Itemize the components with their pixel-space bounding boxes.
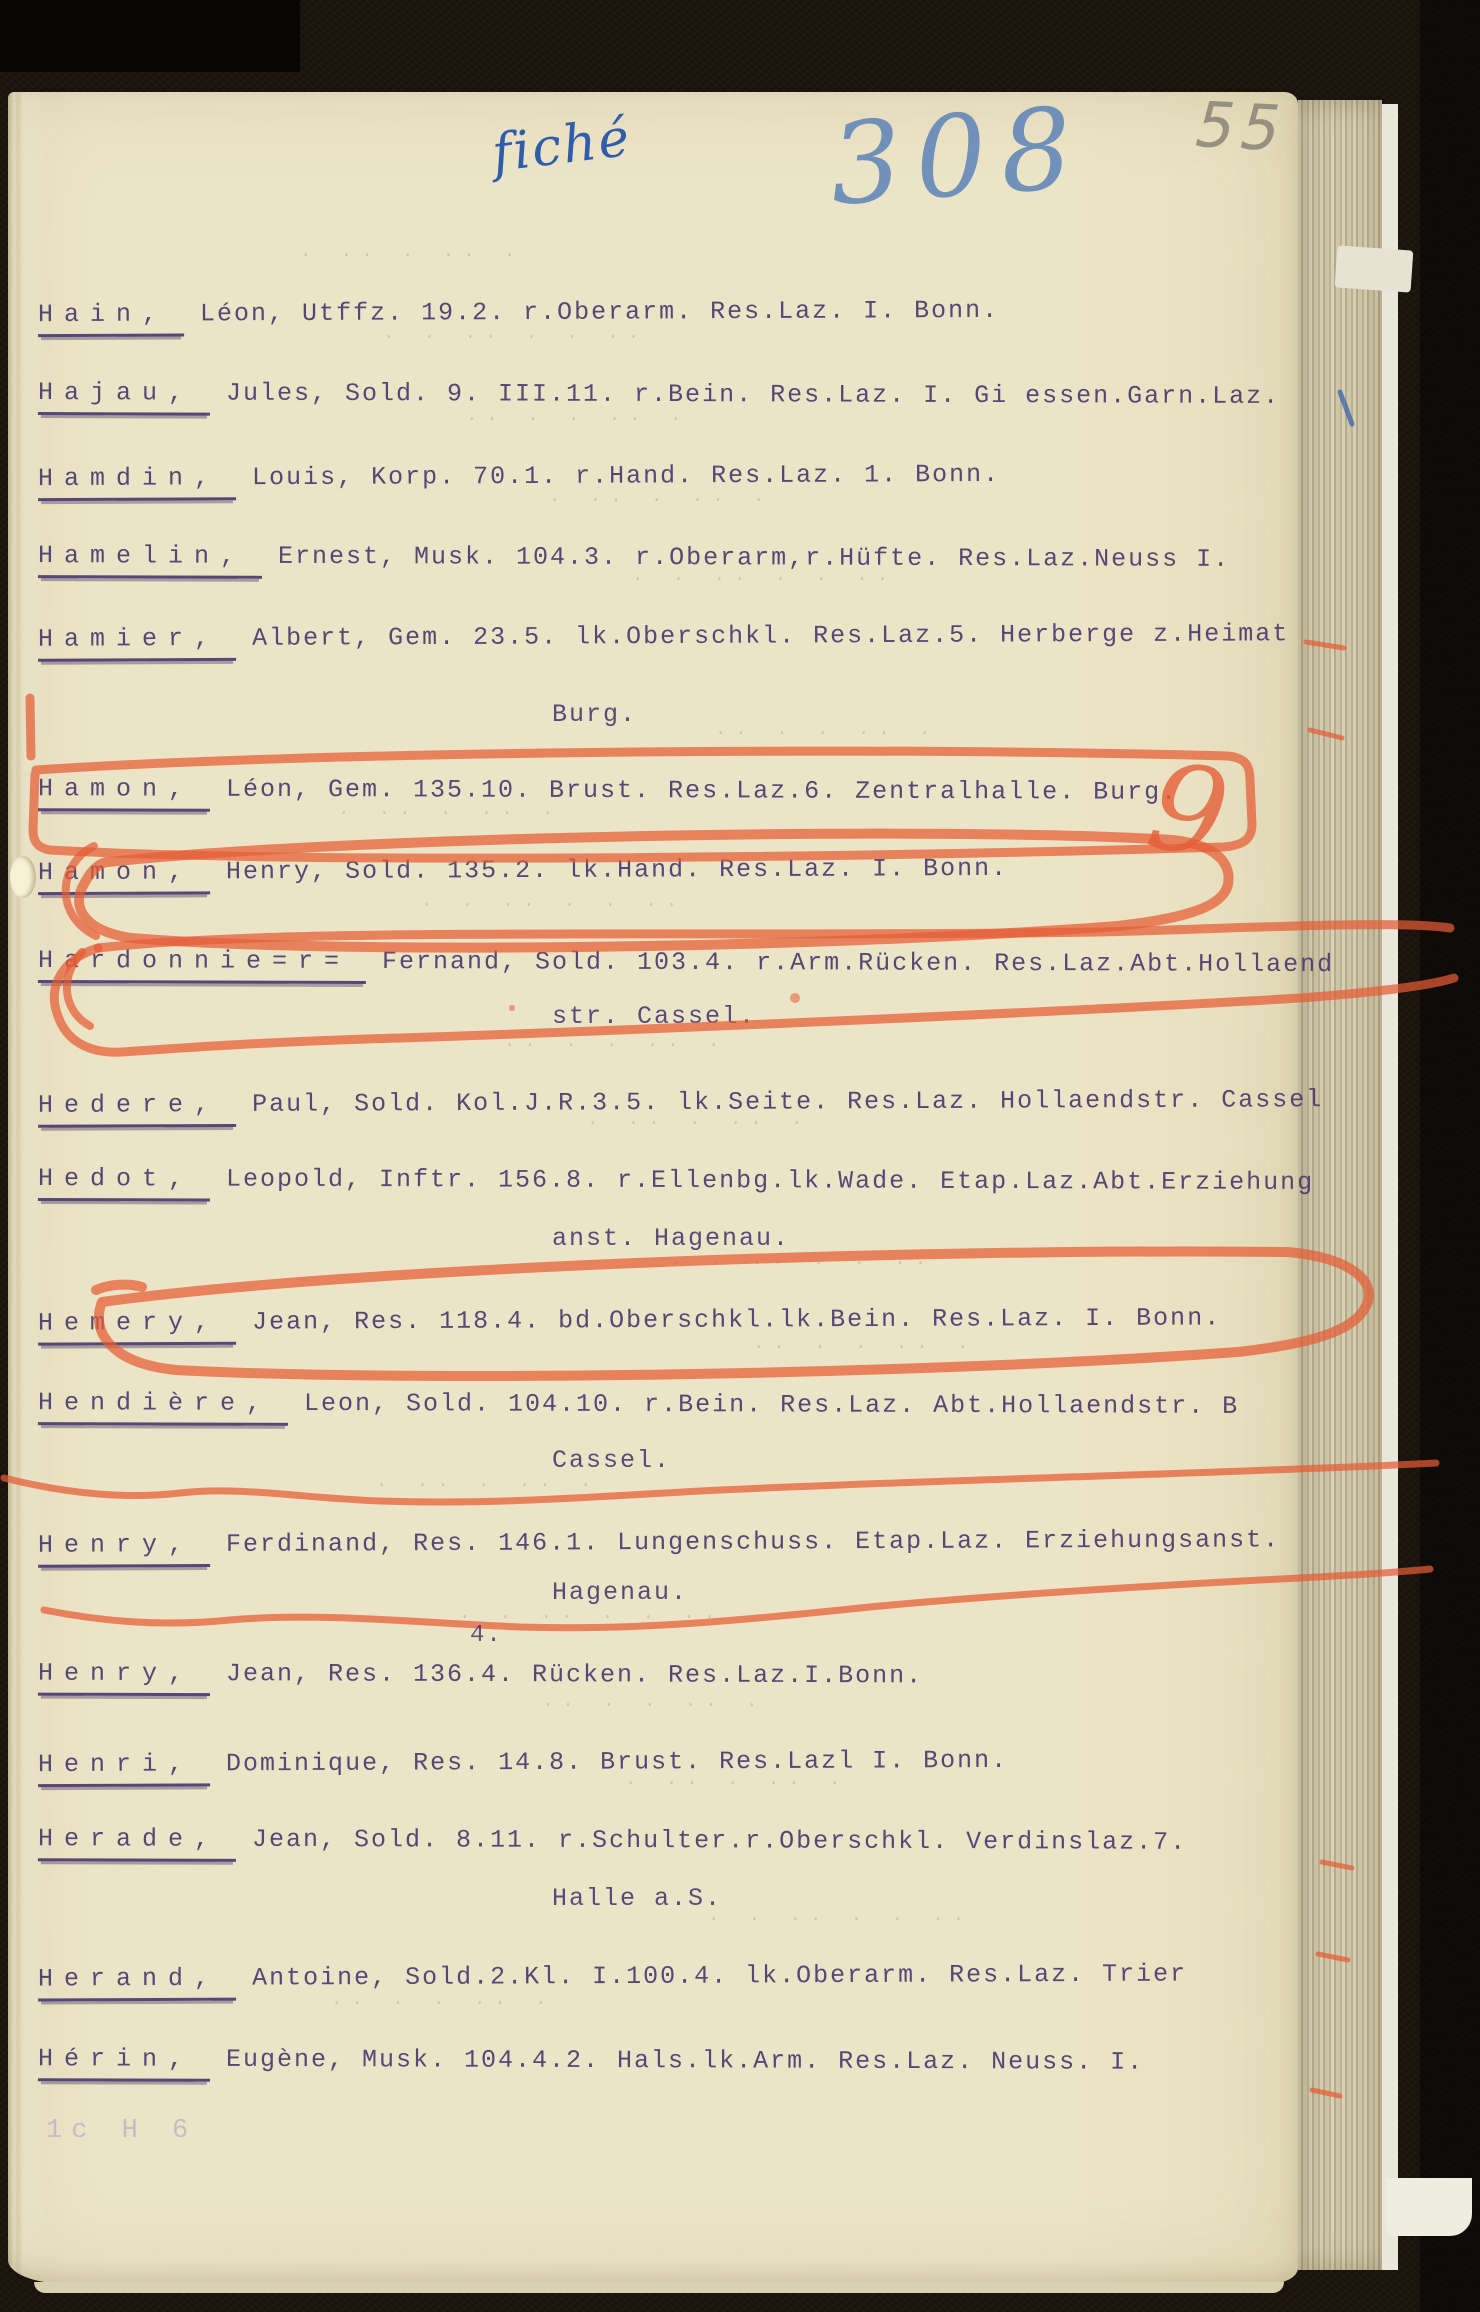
ghost-impression: ·· · · ·· · bbox=[466, 408, 690, 430]
entry-continuation: str. Cassel. bbox=[552, 1002, 756, 1031]
entry-details: Jean, Res. 118.4. bd.Oberschkl.lk.Bein. … bbox=[252, 1303, 1221, 1336]
ghost-impression: · · ·· · · ·· bbox=[632, 568, 897, 590]
entry-details: Fernand, Sold. 103.4. r.Arm.Rücken. Res.… bbox=[382, 947, 1334, 979]
register-entry: Hamon,Léon, Gem. 135.10. Brust. Res.Laz.… bbox=[38, 774, 1178, 807]
page-corner-sliver-bottom bbox=[1386, 2178, 1472, 2236]
entry-details: Antoine, Sold.2.Kl. I.100.4. lk.Oberarm.… bbox=[252, 1959, 1187, 1992]
register-entry: Hamier,Albert, Gem. 23.5. lk.Oberschkl. … bbox=[38, 619, 1289, 653]
register-entry: Hemery,Jean, Res. 118.4. bd.Oberschkl.lk… bbox=[38, 1303, 1221, 1337]
entry-continuation: Halle a.S. bbox=[552, 1884, 722, 1913]
entry-details: Leopold, Inftr. 156.8. r.Ellenbg.lk.Wade… bbox=[226, 1165, 1314, 1197]
entry-continuation: Cassel. bbox=[552, 1446, 671, 1475]
register-entry: Hamon,Henry, Sold. 135.2. lk.Hand. Res.L… bbox=[38, 854, 1008, 887]
entry-surname: Henri, bbox=[38, 1749, 210, 1787]
entry-surname: Hedot, bbox=[38, 1164, 210, 1202]
entry-details: Léon, Utffz. 19.2. r.Oberarm. Res.Laz. I… bbox=[200, 296, 999, 328]
entry-surname: Herand, bbox=[38, 1964, 236, 2002]
entry-surname: Hardonnie=r= bbox=[38, 946, 366, 984]
register-entry: Hajau,Jules, Sold. 9. III.11. r.Bein. Re… bbox=[38, 378, 1280, 411]
register-entry: Henry,Jean, Res. 136.4. Rücken. Res.Laz.… bbox=[38, 1659, 923, 1691]
ghost-impression: ·· · · ·· · bbox=[331, 1992, 555, 2014]
entry-surname: Hamon, bbox=[38, 774, 210, 812]
ghost-impression: · ·· · ·· · bbox=[587, 1112, 811, 1134]
register-entry: Hardonnie=r=Fernand, Sold. 103.4. r.Arm.… bbox=[38, 946, 1334, 979]
entry-details: Ferdinand, Res. 146.1. Lungenschuss. Eta… bbox=[226, 1525, 1280, 1559]
ghost-impression: ·· · · ·· · bbox=[753, 1336, 977, 1358]
page-bottom-edge bbox=[34, 2282, 1284, 2293]
entry-details: Albert, Gem. 23.5. lk.Oberschkl. Res.Laz… bbox=[252, 619, 1289, 653]
register-entry: Hérin,Eugène, Musk. 104.4.2. Hals.lk.Arm… bbox=[38, 2044, 1144, 2076]
entry-details: Leon, Sold. 104.10. r.Bein. Res.Laz. Abt… bbox=[304, 1389, 1239, 1421]
typed-correction: 4. bbox=[470, 1622, 503, 1649]
entry-surname: Hedere, bbox=[38, 1090, 236, 1128]
ghost-impression: · ·· · ·· · bbox=[549, 489, 773, 511]
entry-details: Jules, Sold. 9. III.11. r.Bein. Res.Laz.… bbox=[226, 379, 1280, 411]
register-entry: Hain,Léon, Utffz. 19.2. r.Oberarm. Res.L… bbox=[38, 296, 999, 329]
ghost-impression: ·· · · ·· · bbox=[542, 1694, 766, 1716]
entry-surname: Hérin, bbox=[38, 2044, 210, 2082]
page-corner-sliver-top bbox=[1335, 245, 1414, 292]
ghost-impression: · · ·· · · ·· bbox=[670, 1252, 935, 1274]
entry-surname: Hamelin, bbox=[38, 541, 262, 579]
entry-continuation: Burg. bbox=[552, 700, 637, 729]
register-entry: Herade,Jean, Sold. 8.11. r.Schulter.r.Ob… bbox=[38, 1824, 1187, 1857]
entry-surname: Hajau, bbox=[38, 378, 210, 416]
entry-surname: Hamon, bbox=[38, 857, 210, 895]
entry-details: Jean, Sold. 8.11. r.Schulter.r.Oberschkl… bbox=[252, 1825, 1187, 1857]
entry-surname: Herade, bbox=[38, 1824, 236, 1862]
entry-details: Eugène, Musk. 104.4.2. Hals.lk.Arm. Res.… bbox=[226, 2045, 1144, 2077]
book-scan: · ·· · ·· ·Hain,Léon, Utffz. 19.2. r.Obe… bbox=[0, 0, 1480, 2312]
ghost-impression: · ·· · ·· · bbox=[300, 244, 524, 266]
footer-archive-code: 1c H 6 bbox=[46, 2116, 197, 2146]
handwritten-page-number-blue: 308 bbox=[826, 83, 1090, 231]
book-cover-right bbox=[1420, 0, 1480, 2312]
ghost-impression: · · ·· · · ·· bbox=[708, 1908, 973, 1930]
ghost-impression: · ·· · ·· · bbox=[376, 1474, 600, 1496]
register-entry: Henri,Dominique, Res. 14.8. Brust. Res.L… bbox=[38, 1746, 1008, 1779]
entry-surname: Hemery, bbox=[38, 1308, 236, 1346]
entry-continuation: Hagenau. bbox=[552, 1578, 688, 1607]
register-entry: Hendière,Leon, Sold. 104.10. r.Bein. Res… bbox=[38, 1388, 1239, 1421]
register-entry: Herand,Antoine, Sold.2.Kl. I.100.4. lk.O… bbox=[38, 1959, 1187, 1993]
entry-details: Dominique, Res. 14.8. Brust. Res.Lazl I.… bbox=[226, 1746, 1008, 1778]
entry-surname: Hendière, bbox=[38, 1388, 288, 1426]
register-entry: Hamdin,Louis, Korp. 70.1. r.Hand. Res.La… bbox=[38, 460, 1000, 493]
entry-details: Henry, Sold. 135.2. lk.Hand. Res.Laz. I.… bbox=[226, 854, 1008, 886]
punch-hole bbox=[10, 856, 36, 898]
entry-details: Louis, Korp. 70.1. r.Hand. Res.Laz. 1. B… bbox=[252, 460, 1000, 492]
ghost-impression: ·· · · ·· · bbox=[715, 722, 939, 744]
page-stack-white-edge bbox=[1382, 104, 1398, 2270]
book-cover-top bbox=[0, 0, 300, 72]
ghost-impression: · · ·· · · ·· bbox=[421, 894, 686, 916]
entry-continuation: anst. Hagenau. bbox=[552, 1224, 790, 1253]
ghost-impression: · · ·· · · ·· bbox=[383, 326, 648, 348]
entry-details: Jean, Res. 136.4. Rücken. Res.Laz.I.Bonn… bbox=[226, 1659, 923, 1690]
handwritten-page-number-pencil: 55 bbox=[1187, 88, 1296, 166]
entry-surname: Hamier, bbox=[38, 624, 236, 662]
entry-surname: Hain, bbox=[38, 299, 184, 337]
entry-surname: Hamdin, bbox=[38, 463, 236, 501]
ghost-impression: ·· · · ·· · bbox=[504, 1034, 728, 1056]
ghost-impression: · ·· · ·· · bbox=[338, 802, 562, 824]
entry-surname: Henry, bbox=[38, 1530, 210, 1568]
entry-surname: Henry, bbox=[38, 1659, 210, 1697]
register-entry: Henry,Ferdinand, Res. 146.1. Lungenschus… bbox=[38, 1525, 1280, 1559]
register-entry: Hedot,Leopold, Inftr. 156.8. r.Ellenbg.l… bbox=[38, 1164, 1314, 1197]
ghost-impression: · ·· · ·· · bbox=[625, 1772, 849, 1794]
